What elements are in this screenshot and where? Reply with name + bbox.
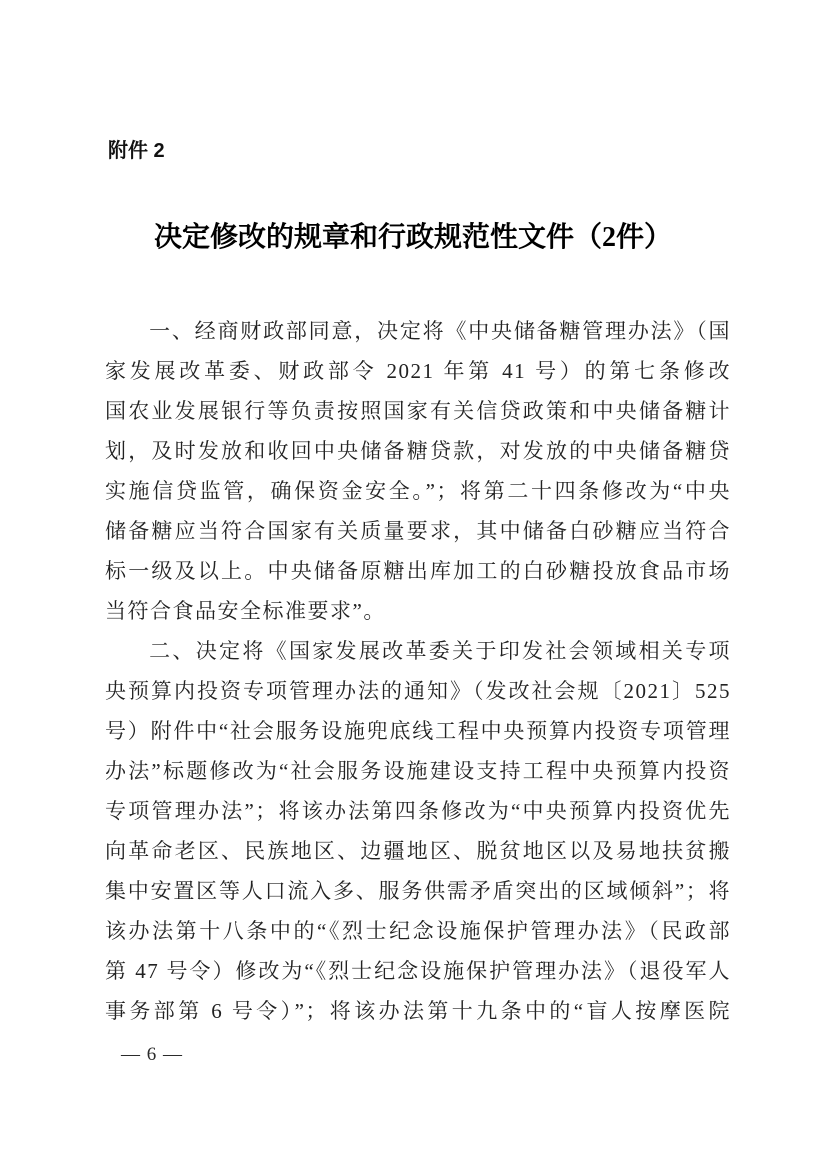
paragraph-2: 二、决定将《国家发展改革委关于印发社会领域相关专项中央预算内投资专项管理办法的通… [105,631,731,1031]
text-line: 第 47 号令）修改为“《烈士纪念设施保护管理办法》（退役军人 [105,951,731,991]
text-line: 国农业发展银行等负责按照国家有关信贷政策和中央储备糖计 [105,391,731,431]
text-line: 向革命老区、民族地区、边疆地区、脱贫地区以及易地扶贫搬迁 [105,831,731,871]
text-line: 号）附件中“社会服务设施兜底线工程中央预算内投资专项管理 [105,711,731,751]
text-line: 央预算内投资专项管理办法的通知》（发改社会规〔2021〕525 [105,671,731,711]
text-line: 集中安置区等人口流入多、服务供需矛盾突出的区域倾斜”；将 [105,871,731,911]
text-line: 实施信贷监管，确保资金安全。”；将第二十四条修改为“中央 [105,471,731,511]
text-line: 事务部第 6 号令）”；将该办法第十九条中的“盲人按摩医院 [105,991,731,1031]
paragraph-1: 一、经商财政部同意，决定将《中央储备糖管理办法》（国家发展改革委、财政部令 20… [105,311,731,631]
text-line: 当符合食品安全标准要求”。 [105,591,731,631]
document-body: 一、经商财政部同意，决定将《中央储备糖管理办法》（国家发展改革委、财政部令 20… [105,311,731,1031]
text-line: 标一级及以上。中央储备原糖出库加工的白砂糖投放食品市场应 [105,551,731,591]
text-line: 专项管理办法”；将该办法第四条修改为“中央预算内投资优先 [105,791,731,831]
page-number: — 6 — [121,1043,183,1067]
text-line: 该办法第十八条中的“《烈士纪念设施保护管理办法》（民政部 [105,911,731,951]
document-title: 决定修改的规章和行政规范性文件（2件） [0,216,826,260]
text-line: 办法”标题修改为“社会服务设施建设支持工程中央预算内投资 [105,751,731,791]
text-line: 一、经商财政部同意，决定将《中央储备糖管理办法》（国 [105,311,731,351]
text-line: 储备糖应当符合国家有关质量要求，其中储备白砂糖应当符合国 [105,511,731,551]
attachment-label: 附件 2 [108,138,165,164]
text-line: 划，及时发放和收回中央储备糖贷款，对发放的中央储备糖贷款 [105,431,731,471]
text-line: 家发展改革委、财政部令 2021 年第 41 号）的第七条修改为“中 [105,351,731,391]
text-line: 二、决定将《国家发展改革委关于印发社会领域相关专项中 [105,631,731,671]
document-page: 附件 2 决定修改的规章和行政规范性文件（2件） 一、经商财政部同意，决定将《中… [0,0,826,1169]
